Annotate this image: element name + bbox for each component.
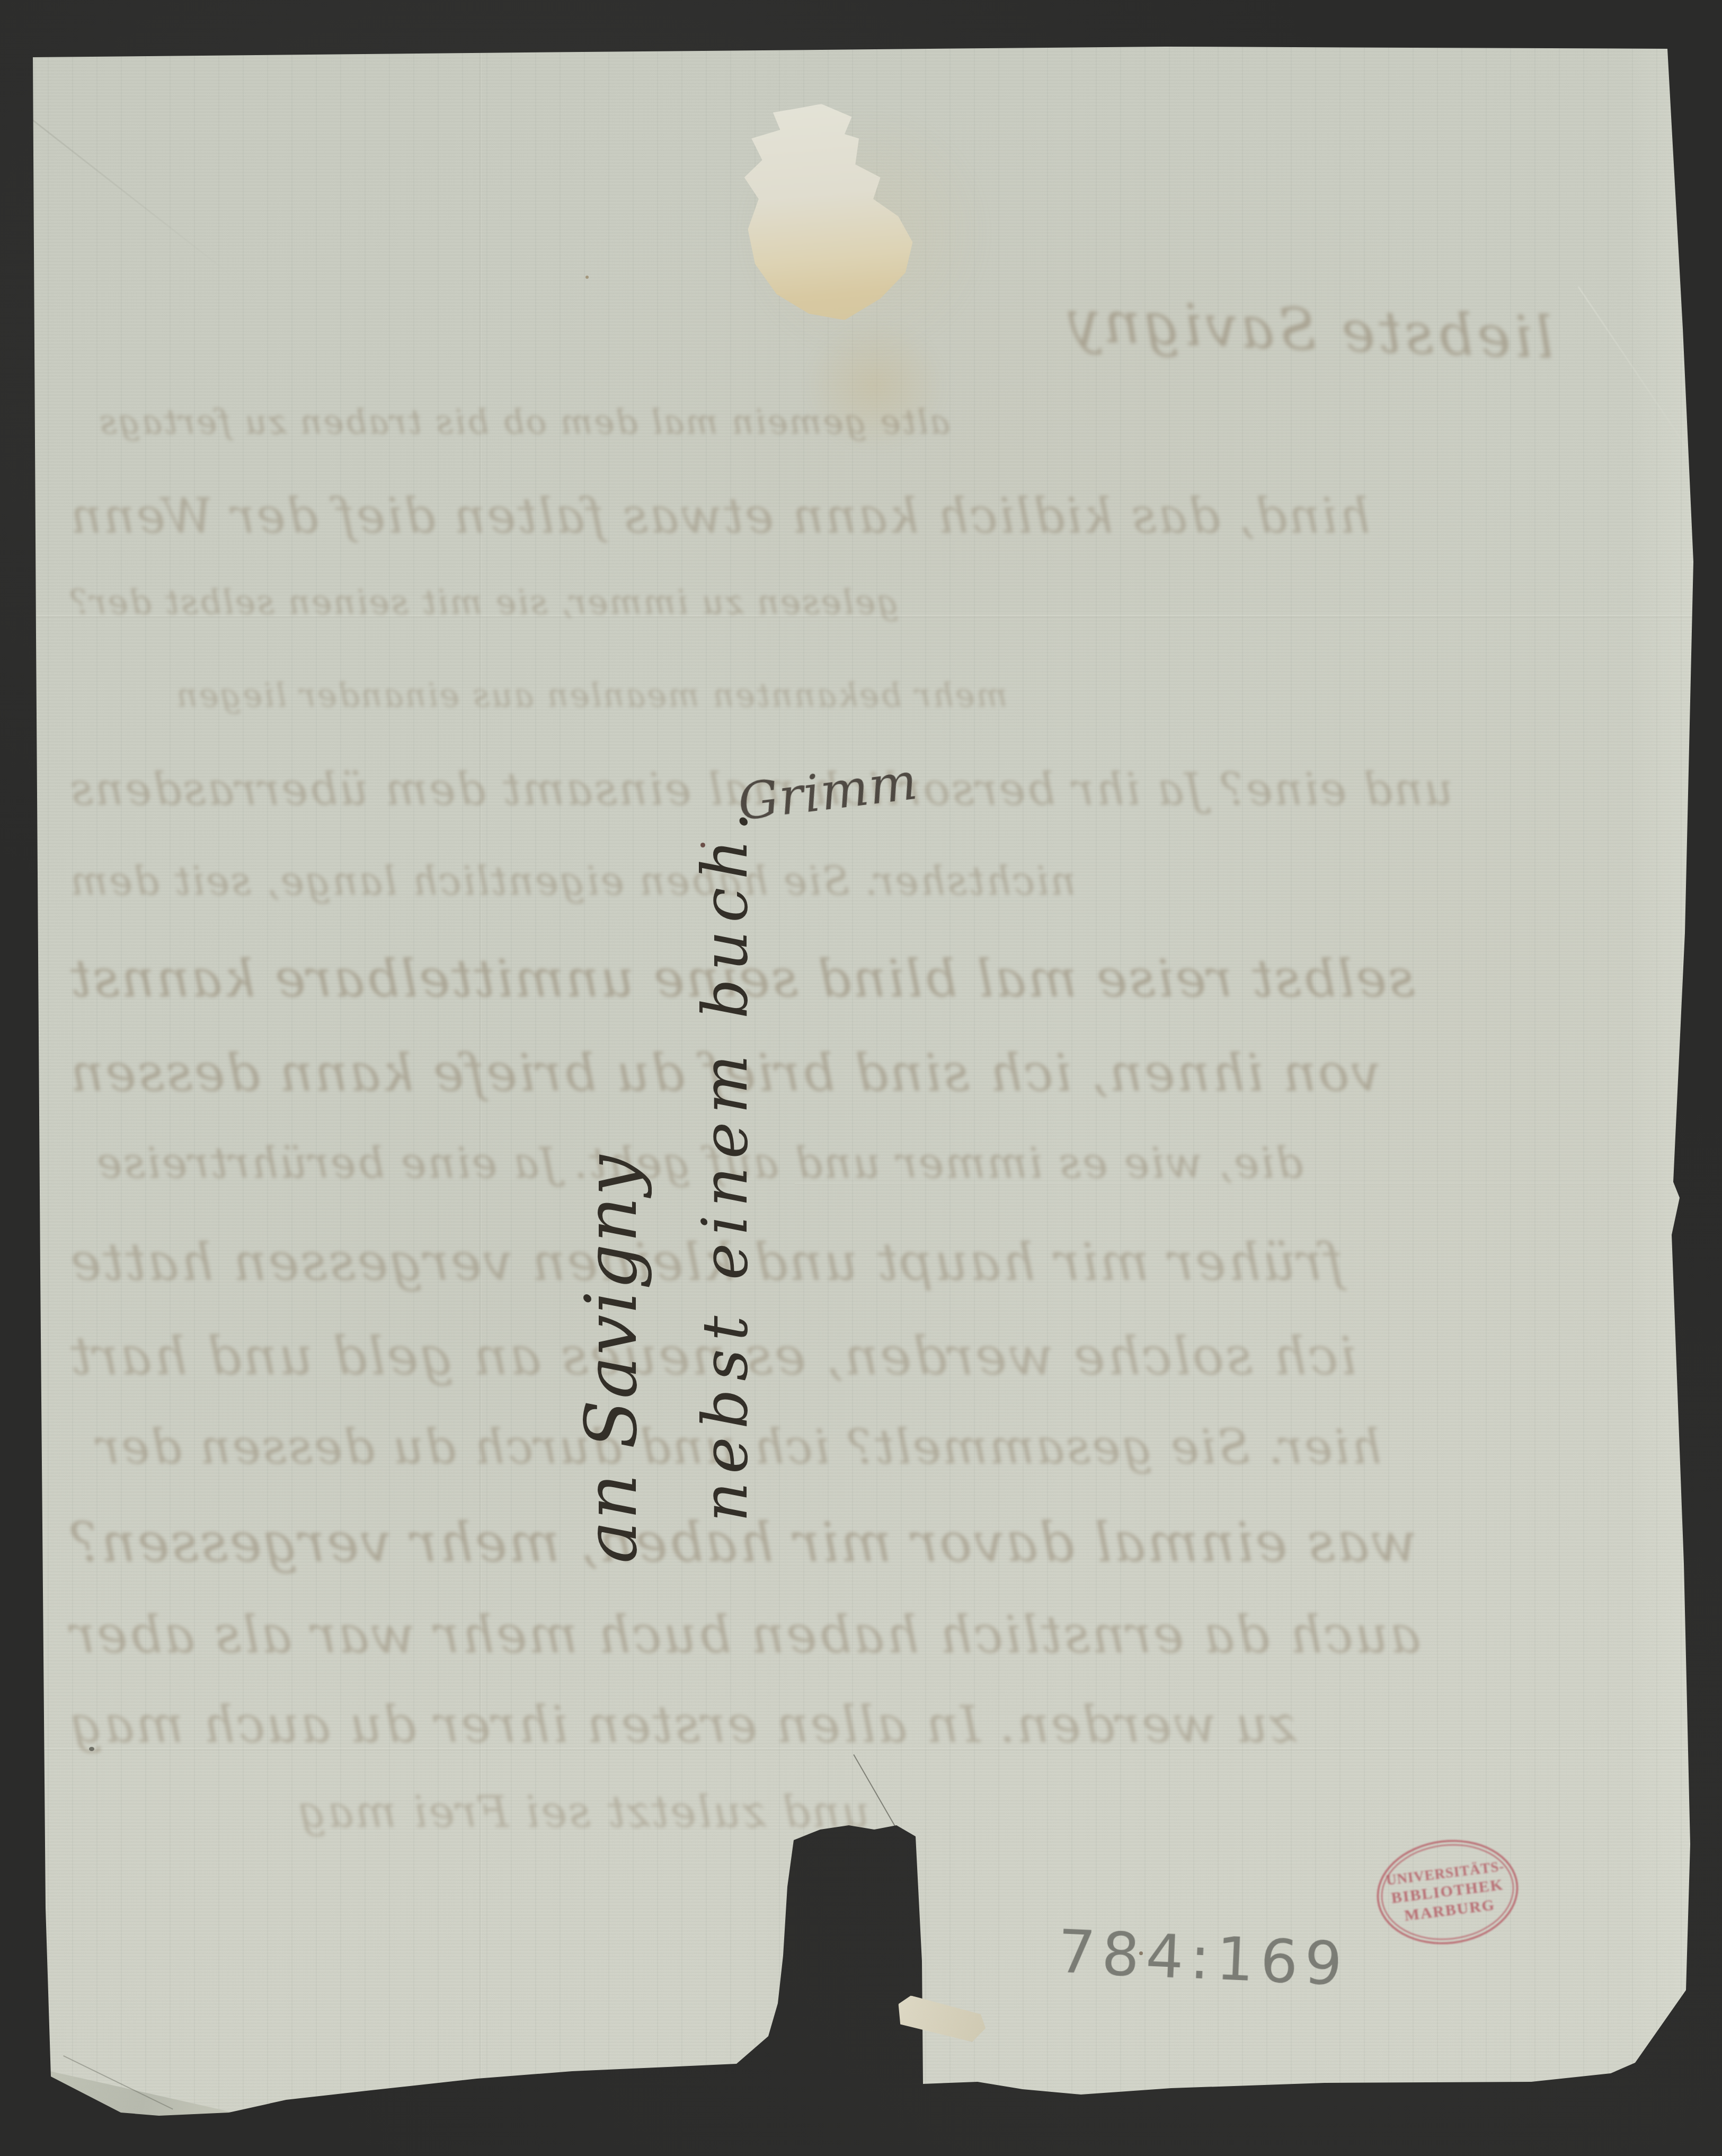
scan-canvas: liebste Savigny alte gemein mal dem ob b… xyxy=(0,0,1722,2156)
paper-edge-shading xyxy=(0,0,1722,2156)
paper-sheet: liebste Savigny alte gemein mal dem ob b… xyxy=(0,0,1722,2156)
